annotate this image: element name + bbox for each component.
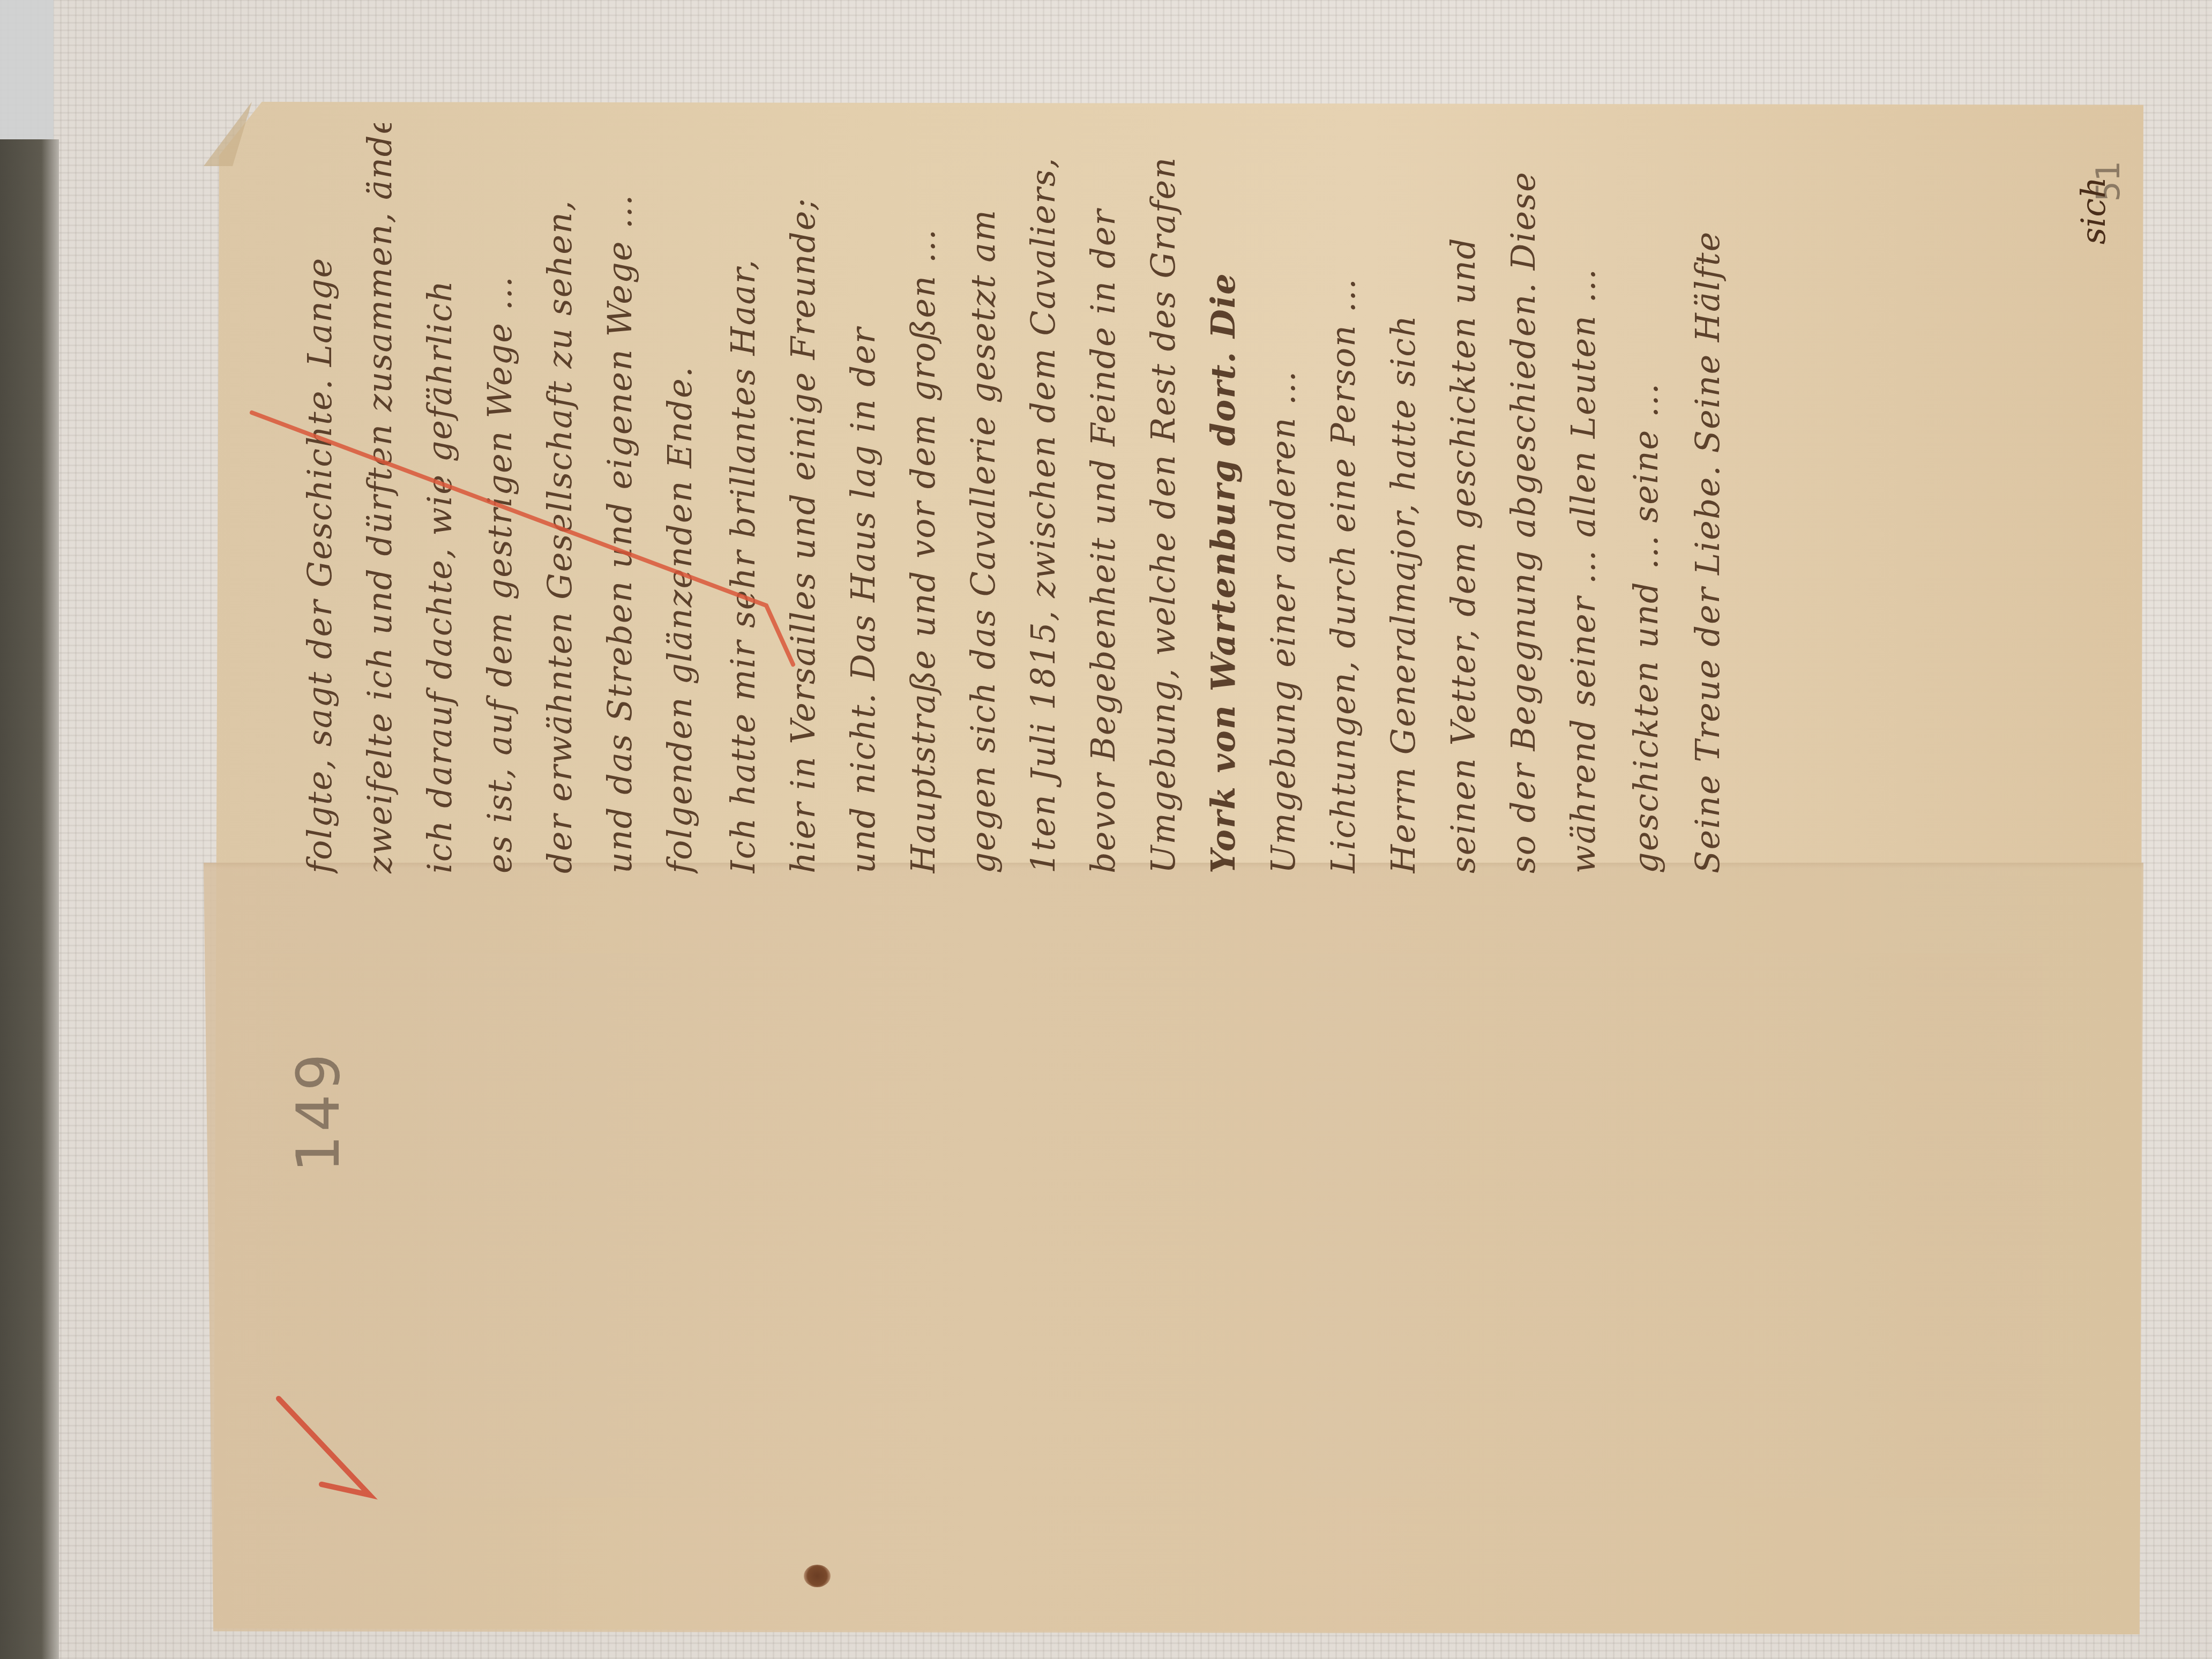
pencil-archive-number: 149 (284, 1050, 353, 1172)
text-line: folgenden glänzenden Ende. (660, 123, 714, 873)
text-line: der erwähnten Gesellschaft zu sehen, (540, 123, 594, 873)
ink-stain (804, 1565, 831, 1587)
text-line: es ist, auf dem gestrigen Wege ... (480, 123, 534, 873)
catchword: sich (2074, 177, 2113, 244)
text-line: gegen sich das Cavallerie gesetzt am (963, 123, 1017, 873)
text-line: Lichtungen, durch eine Person ... (1324, 123, 1377, 873)
sheet-fold-lower-half (204, 863, 2143, 1634)
text-line: Umgebung einer anderen ... (1264, 123, 1317, 873)
text-line: seinen Vetter, dem geschickten und (1444, 123, 1497, 873)
text-line: Herrn Generalmajor, hatte sich (1384, 123, 1437, 873)
text-line: Umgebung, welche den Rest des Grafen (1144, 123, 1197, 873)
text-line: York von Wartenburg dort. Die (1204, 123, 1257, 873)
handwritten-text-block: folgte, sagt der Geschichte. Lange zweif… (300, 123, 2122, 873)
text-line: und das Streben und eigenen Wege ... (600, 123, 654, 873)
text-line: bevor Begebenheit und Feinde in der (1083, 123, 1137, 873)
text-line: und nicht. Das Haus lag in der (843, 123, 897, 873)
text-line: Seine Treue der Liebe. Seine Hälfte (1688, 123, 1742, 873)
text-line: 1ten Juli 1815, zwischen dem Cavaliers, (1023, 123, 1077, 873)
text-line: hier in Versailles und einige Freunde; (783, 123, 837, 873)
text-line: geschickten und ... seine ... (1626, 123, 1680, 873)
text-line: Hauptstraße und vor dem großen ... (903, 123, 957, 873)
text-line: Ich hatte mir sehr brillantes Haar, (723, 123, 777, 873)
text-line: ich darauf dachte, wie gefährlich (420, 123, 474, 873)
background-dark-edge (0, 139, 59, 1659)
text-line: so der Begegnung abgeschieden. Diese (1504, 123, 1557, 873)
text-line: zweifelte ich und dürften zusammen, ände… (360, 123, 414, 873)
text-line: während seiner ... allen Leuten ... (1564, 123, 1617, 873)
text-line: folgte, sagt der Geschichte. Lange (300, 123, 354, 873)
background-printed-paper (0, 0, 54, 161)
